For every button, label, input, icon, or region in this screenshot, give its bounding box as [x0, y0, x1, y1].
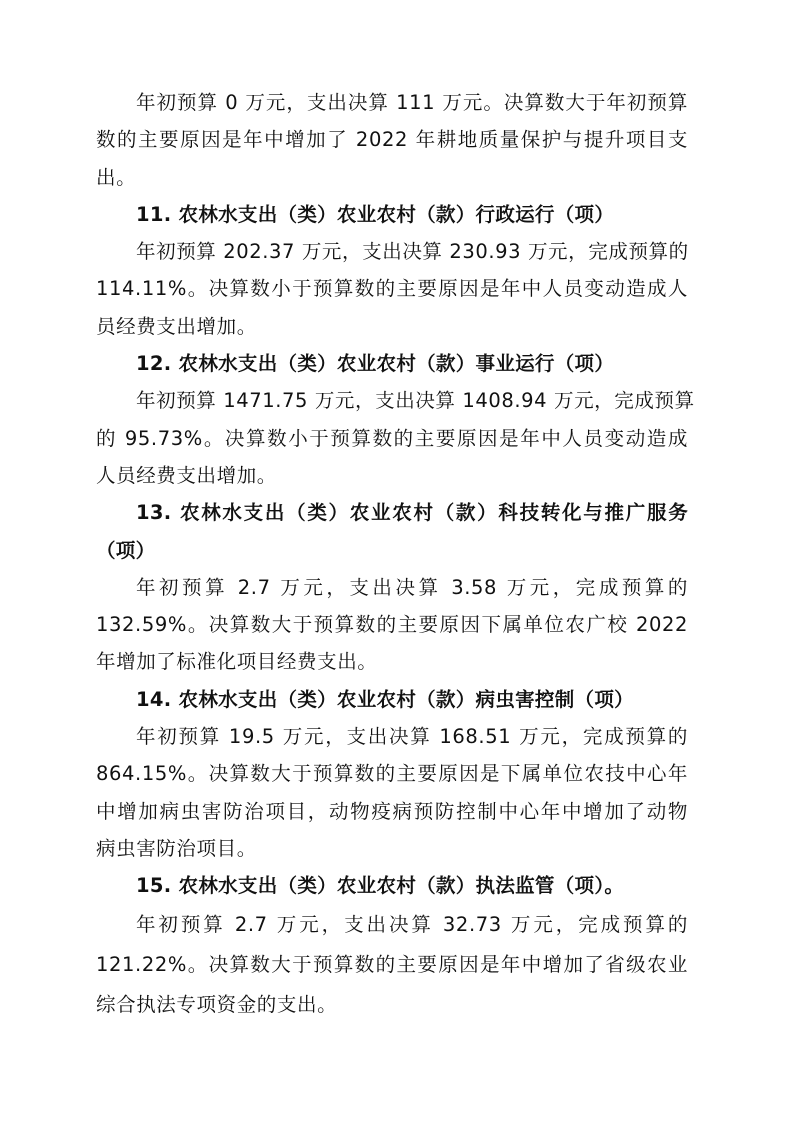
text-line: 年初预算 19.5 万元，支出决算 168.51 万元，完成预算的: [96, 718, 688, 755]
heading-line: 15. 农林水支出（类）农业农村（款）执法监管（项）。: [96, 867, 688, 904]
section-body: 年初预算 1471.75 万元，支出决算 1408.94 万元，完成预算 的 9…: [96, 382, 688, 494]
text-line: 年初预算 0 万元，支出决算 111 万元。决算数大于年初预算: [96, 84, 688, 121]
text-line: 出。: [96, 159, 688, 196]
text-line: 的 95.73%。决算数小于预算数的主要原因是年中人员变动造成: [96, 420, 688, 457]
text-line: 年初预算 2.7 万元，支出决算 32.73 万元，完成预算的: [96, 905, 688, 945]
section-heading: 14. 农林水支出（类）农业农村（款）病虫害控制（项）: [96, 681, 688, 718]
section-12: 12. 农林水支出（类）农业农村（款）事业运行（项） 年初预算 1471.75 …: [96, 345, 688, 494]
text-line: 864.15%。决算数大于预算数的主要原因是下属单位农技中心年: [96, 755, 688, 792]
text-line: 年初预算 1471.75 万元，支出决算 1408.94 万元，完成预算: [96, 382, 688, 419]
heading-line: （项）: [96, 532, 688, 569]
section-body: 年初预算 19.5 万元，支出决算 168.51 万元，完成预算的 864.15…: [96, 718, 688, 867]
section-13: 13. 农林水支出（类）农业农村（款）科技转化与推广服务 （项） 年初预算 2.…: [96, 494, 688, 680]
text-line: 数的主要原因是年中增加了 2022 年耕地质量保护与提升项目支: [96, 121, 688, 158]
text-line: 年初预算 202.37 万元，支出决算 230.93 万元，完成预算的: [96, 233, 688, 270]
heading-line: 14. 农林水支出（类）农业农村（款）病虫害控制（项）: [96, 681, 688, 718]
section-body: 年初预算 202.37 万元，支出决算 230.93 万元，完成预算的 114.…: [96, 233, 688, 345]
text-line: 病虫害防治项目。: [96, 830, 688, 867]
section-heading: 13. 农林水支出（类）农业农村（款）科技转化与推广服务 （项）: [96, 494, 688, 569]
intro-paragraph: 年初预算 0 万元，支出决算 111 万元。决算数大于年初预算 数的主要原因是年…: [96, 84, 688, 196]
text-line: 综合执法专项资金的支出。: [96, 985, 688, 1025]
heading-line: 12. 农林水支出（类）农业农村（款）事业运行（项）: [96, 345, 688, 382]
section-body: 年初预算 2.7 万元，支出决算 32.73 万元，完成预算的 121.22%。…: [96, 905, 688, 1025]
heading-line: 11. 农林水支出（类）农业农村（款）行政运行（项）: [96, 196, 688, 233]
section-body: 年初预算 2.7 万元，支出决算 3.58 万元，完成预算的 132.59%。决…: [96, 569, 688, 681]
section-15: 15. 农林水支出（类）农业农村（款）执法监管（项）。 年初预算 2.7 万元，…: [96, 867, 688, 1024]
text-line: 114.11%。决算数小于预算数的主要原因是年中人员变动造成人: [96, 270, 688, 307]
text-line: 132.59%。决算数大于预算数的主要原因下属单位农广校 2022: [96, 606, 688, 643]
text-line: 121.22%。决算数大于预算数的主要原因是年中增加了省级农业: [96, 945, 688, 985]
text-line: 员经费支出增加。: [96, 308, 688, 345]
text-line: 人员经费支出增加。: [96, 457, 688, 494]
text-line: 年增加了标准化项目经费支出。: [96, 643, 688, 680]
section-heading: 12. 农林水支出（类）农业农村（款）事业运行（项）: [96, 345, 688, 382]
section-heading: 15. 农林水支出（类）农业农村（款）执法监管（项）。: [96, 867, 688, 904]
text-line: 中增加病虫害防治项目，动物疫病预防控制中心年中增加了动物: [96, 793, 688, 830]
section-11: 11. 农林水支出（类）农业农村（款）行政运行（项） 年初预算 202.37 万…: [96, 196, 688, 345]
section-heading: 11. 农林水支出（类）农业农村（款）行政运行（项）: [96, 196, 688, 233]
section-14: 14. 农林水支出（类）农业农村（款）病虫害控制（项） 年初预算 19.5 万元…: [96, 681, 688, 867]
text-line: 年初预算 2.7 万元，支出决算 3.58 万元，完成预算的: [96, 569, 688, 606]
heading-line: 13. 农林水支出（类）农业农村（款）科技转化与推广服务: [96, 494, 688, 531]
document-page: 年初预算 0 万元，支出决算 111 万元。决算数大于年初预算 数的主要原因是年…: [96, 84, 688, 1025]
